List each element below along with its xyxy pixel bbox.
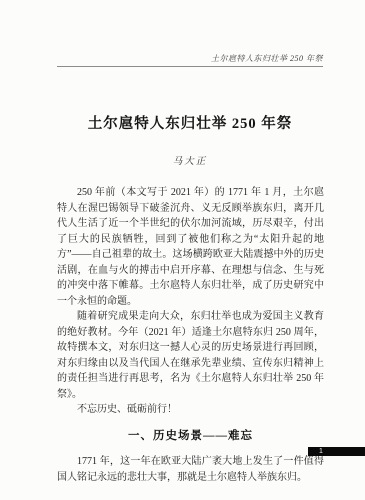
running-header: 土尔扈特人东归壮举 250 年祭: [57, 53, 323, 64]
document-page: 土尔扈特人东归壮举 250 年祭 土尔扈特人东归壮举 250 年祭 马大正 25…: [0, 0, 365, 500]
page-number-badge: 1: [308, 447, 365, 456]
paragraph-3: 不忘历史、砥砺前行！: [57, 402, 324, 418]
page-number: 1: [319, 448, 323, 455]
article-title: 土尔扈特人东归壮举 250 年祭: [42, 112, 338, 133]
article-author: 马大正: [57, 153, 323, 167]
header-rule: [57, 66, 323, 67]
section-heading: 一、历史场景——难忘: [57, 429, 324, 445]
paragraph-2: 随着研究成果走向大众，东归壮举也成为爱国主义教育的绝好教材。今年（2021 年）…: [57, 309, 324, 402]
paragraph-1: 250 年前（本文写于 2021 年）的 1771 年 1 月，土尔扈特人在渥巴…: [57, 185, 324, 309]
section-paragraph-1: 1771 年，这一年在欧亚大陆广袤大地上发生了一件值得国人铭记永远的悲壮大事，那…: [57, 454, 324, 485]
article-body: 250 年前（本文写于 2021 年）的 1771 年 1 月，土尔扈特人在渥巴…: [57, 185, 324, 485]
